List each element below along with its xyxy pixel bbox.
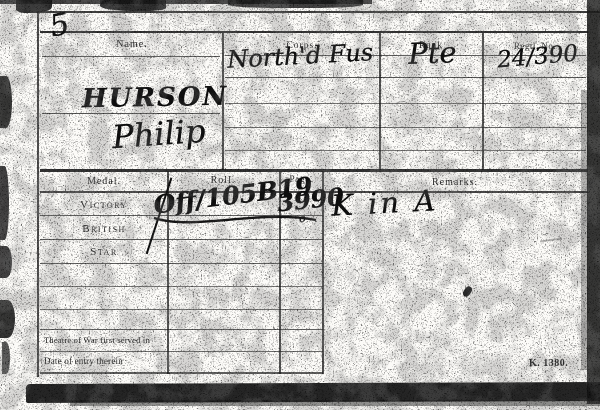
grid-line	[40, 169, 588, 172]
grid-line	[40, 309, 323, 310]
grid-line	[225, 77, 586, 78]
grid-line	[40, 31, 588, 33]
card-border	[36, 11, 600, 13]
medal-index-card-scan: Name. Corps. Rank Regtl. No. Medal. Roll…	[0, 0, 600, 410]
scan-artifact	[70, 400, 600, 406]
scan-artifact	[0, 76, 12, 128]
grid-line	[40, 329, 323, 330]
handwritten-surname: HURSON	[82, 82, 229, 115]
handwritten-rank: Pte	[407, 35, 457, 71]
scan-artifact	[540, 237, 562, 242]
grid-line	[40, 263, 323, 264]
scan-artifact	[0, 300, 15, 338]
scan-artifact	[228, 0, 363, 8]
scan-artifact	[461, 285, 473, 298]
form-code: K. 1380.	[529, 358, 568, 369]
handwritten-remarks: K in A	[330, 183, 439, 223]
medal-row-victory: Victory	[42, 199, 166, 211]
handwritten-forename: Philip	[111, 112, 207, 156]
grid-line	[40, 286, 323, 287]
grid-line	[225, 150, 586, 151]
medal-column-header: Medal.	[42, 176, 166, 187]
scan-artifact	[2, 342, 10, 374]
grid-line	[40, 351, 323, 352]
handwritten-page-note: o	[299, 212, 306, 225]
scan-artifact	[0, 166, 9, 240]
card-border	[37, 11, 39, 377]
theatre-of-war-label: Theatre of War first served in	[44, 335, 150, 345]
scan-artifact	[100, 0, 166, 11]
grid-line	[42, 56, 220, 57]
scan-artifact	[0, 246, 12, 278]
grid-line	[40, 239, 323, 240]
scan-artifact	[581, 90, 588, 370]
grid-line	[225, 127, 586, 128]
handwritten-regtl-no: 24/390	[496, 41, 579, 74]
grid-line	[40, 372, 323, 374]
grid-line	[225, 103, 586, 104]
medal-row-british: British	[42, 223, 166, 235]
scan-artifact	[587, 0, 600, 404]
date-of-entry-label: Date of entry therein	[44, 356, 123, 366]
